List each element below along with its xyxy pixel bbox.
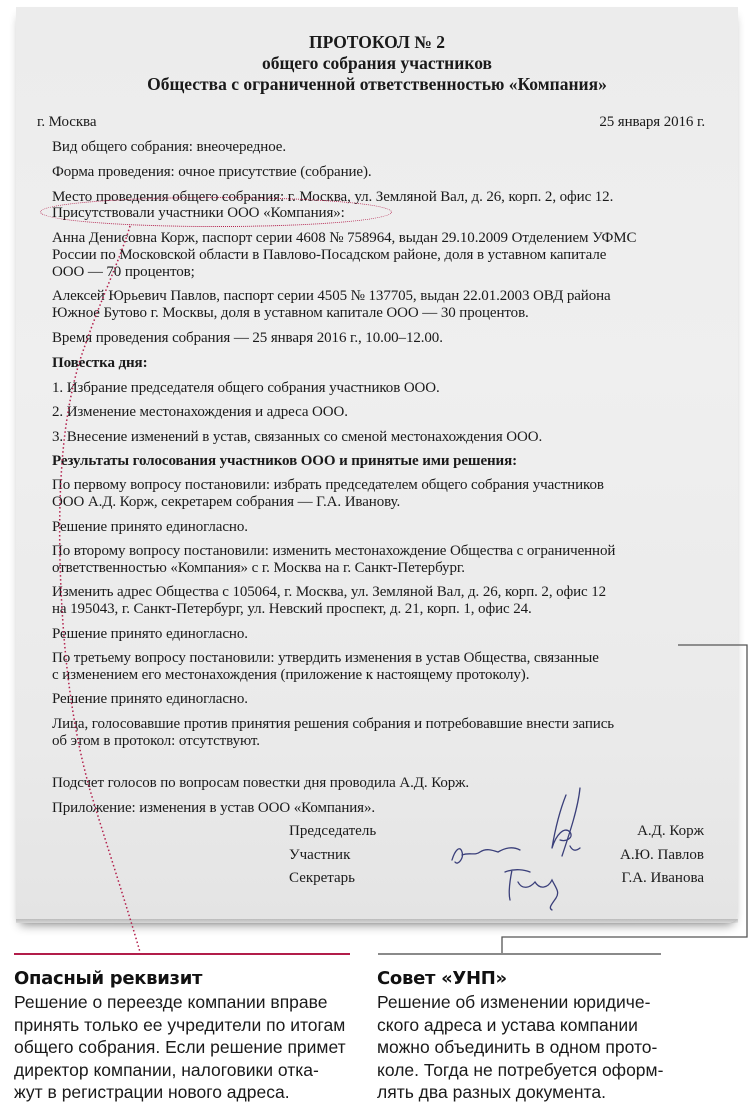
advice-divider <box>378 953 661 955</box>
advice-note-body: Решение об изменении юридиче- ского адре… <box>377 991 677 1104</box>
warning-note-title: Опасный реквизит <box>14 968 202 990</box>
dotted-pointer-line <box>60 226 140 952</box>
annotations-overlay <box>0 0 749 1109</box>
handwritten-signatures <box>452 788 580 910</box>
advice-connector-line <box>502 645 747 953</box>
warning-divider <box>14 953 350 955</box>
advice-note-title: Совет «УНП» <box>377 968 507 990</box>
warning-note-body: Решение о переезде компании вправе приня… <box>14 991 364 1104</box>
